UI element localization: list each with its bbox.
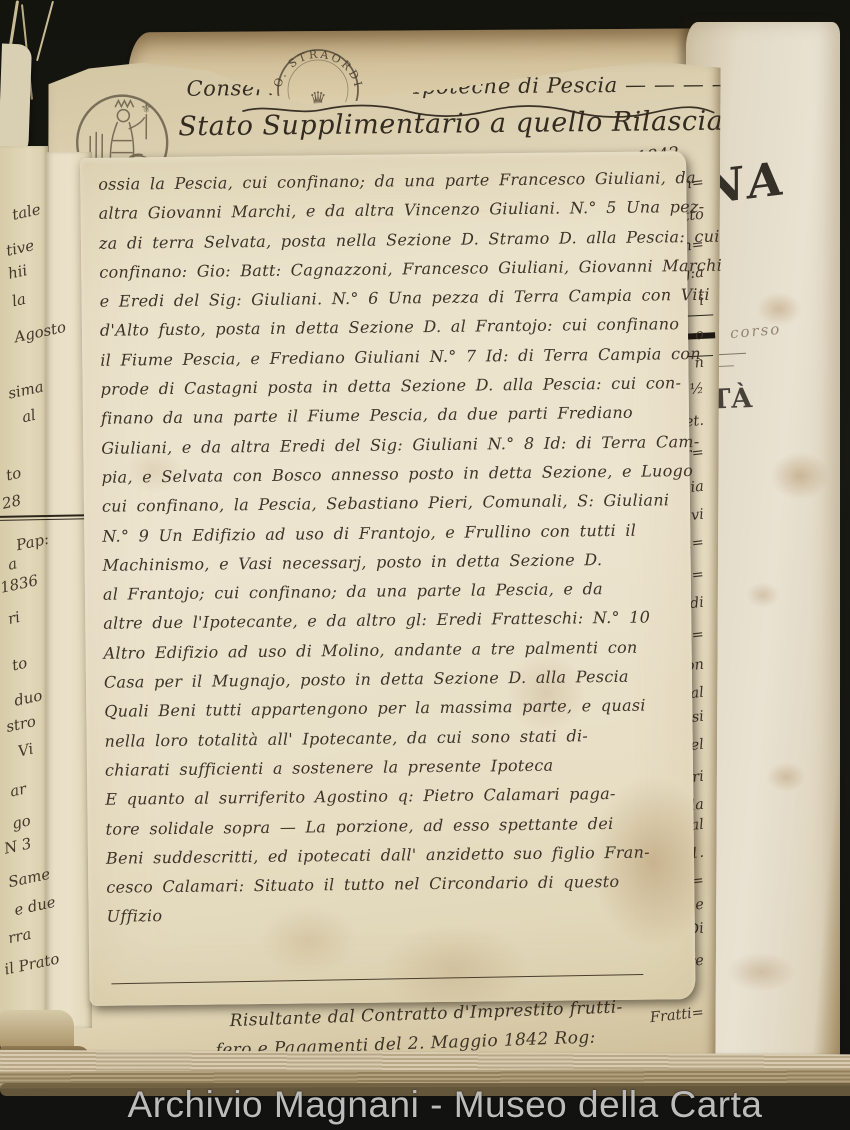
handwriting-fragment: sima bbox=[7, 377, 46, 402]
foxing-stain bbox=[726, 952, 796, 992]
handwriting-fragment: e due bbox=[13, 893, 58, 919]
paper-corner-fragment bbox=[0, 44, 32, 161]
handwriting-fragment: 1836 bbox=[0, 571, 40, 597]
handwriting-fragment: to bbox=[10, 654, 28, 675]
foxing-stain bbox=[379, 923, 530, 1015]
manuscript-line: Uffizio bbox=[106, 896, 688, 932]
handwriting-fragment: rra bbox=[6, 925, 33, 947]
foxing-stain bbox=[766, 762, 806, 792]
handwriting-fragment: Agosto bbox=[13, 318, 68, 346]
handwriting-fragment: stro bbox=[4, 712, 37, 736]
handwriting-fragment: corso bbox=[729, 320, 782, 342]
handwriting-fragment: ar bbox=[8, 780, 28, 801]
handwriting-fragment: la bbox=[10, 290, 27, 310]
handwriting-fragment: to bbox=[4, 464, 22, 485]
svg-text:O. STRAORDI: O. STRAORDI bbox=[271, 48, 365, 90]
handwriting-fragment: ri bbox=[6, 608, 21, 628]
stamp-text: O. STRAORDI bbox=[271, 48, 365, 90]
handwriting-fragment: tive bbox=[4, 236, 35, 259]
handwriting-fragment: Vi bbox=[16, 740, 35, 761]
handwriting-fragment: hii bbox=[6, 261, 29, 283]
binding-thread bbox=[36, 1, 54, 61]
handwriting-fragment: Pap: bbox=[14, 530, 50, 554]
svg-text:⚜: ⚜ bbox=[141, 102, 153, 117]
handwriting-fragment: al bbox=[20, 406, 37, 426]
closing-rule bbox=[111, 974, 643, 984]
handwriting-fragment: il Prato bbox=[3, 949, 61, 978]
handwriting-fragment: Fratti= bbox=[639, 1005, 704, 1028]
foxing-stain bbox=[770, 452, 830, 500]
archival-document-photo: O. STRAORDI ♛ NA ITÀ corso bbox=[0, 0, 850, 1130]
document-title-line2: Stato Supplimentario a quello Rilasciat- bbox=[178, 105, 744, 142]
handwriting-fragment: go bbox=[10, 811, 32, 832]
handwriting-fragment: 28 bbox=[0, 491, 22, 513]
handwriting-fragment: tale bbox=[10, 200, 42, 224]
foxing-stain bbox=[746, 582, 780, 608]
manuscript-text-block: ossia la Pescia, cui confinano; da una p… bbox=[98, 163, 689, 931]
left-margin-fragments: taletivehiilaAgostosimaalto28Pap:a1836ri… bbox=[0, 195, 92, 1045]
handwriting-fragment: a bbox=[6, 554, 18, 573]
handwriting-fragment: N 3 bbox=[2, 834, 33, 857]
handwriting-fragment: duo bbox=[12, 686, 43, 709]
main-manuscript-sheet: ossia la Pescia, cui confinano; da una p… bbox=[80, 151, 696, 1006]
archive-watermark-caption: Archivio Magnani - Museo della Carta bbox=[40, 1084, 850, 1126]
handwriting-fragment: Same bbox=[7, 865, 52, 891]
